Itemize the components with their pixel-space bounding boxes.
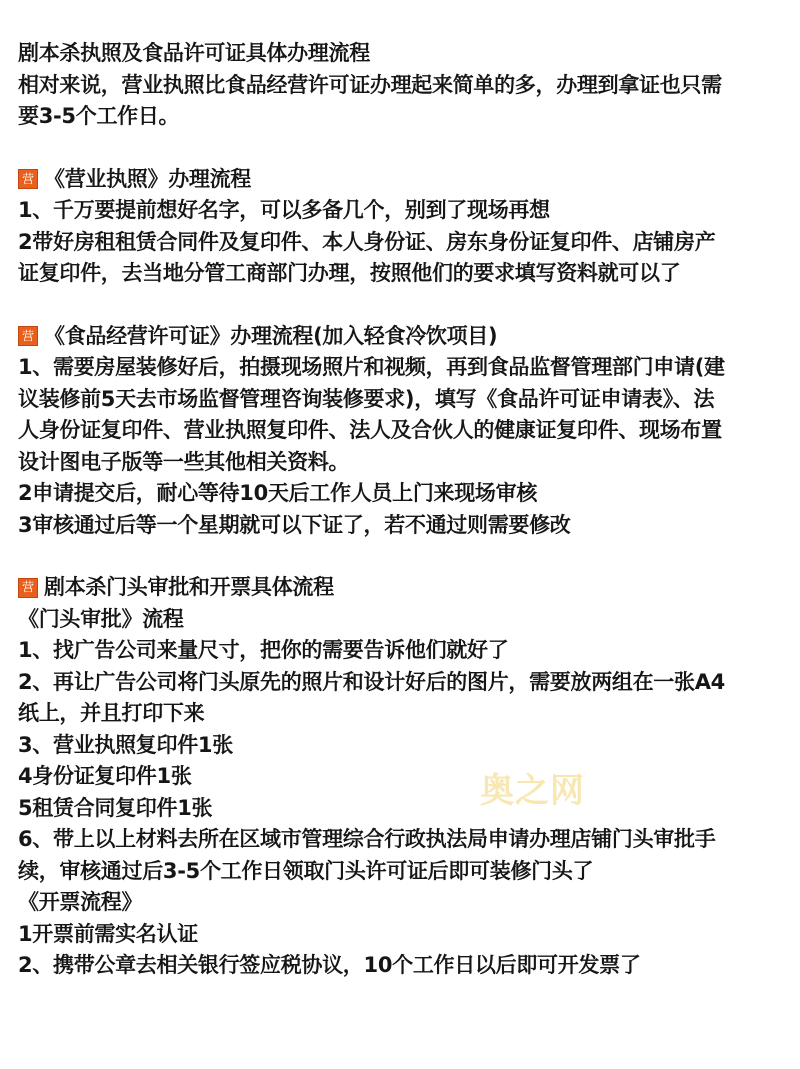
document-body: 剧本杀执照及食品许可证具体办理流程 相对来说，营业执照比食品经营许可证办理起来简… <box>18 38 788 982</box>
section-heading-text: 《营业执照》办理流程 <box>44 164 251 196</box>
section-line: 3、营业执照复印件1张 <box>18 730 788 762</box>
section-heading: 营 《营业执照》办理流程 <box>18 164 788 196</box>
section-line: 4身份证复印件1张 <box>18 761 788 793</box>
section-line: 1、千万要提前想好名字，可以多备几个，别到了现场再想 <box>18 195 788 227</box>
store-badge-icon: 营 <box>18 326 38 346</box>
section-heading: 营 《食品经营许可证》办理流程(加入轻食冷饮项目) <box>18 321 788 353</box>
section-line: 1开票前需实名认证 <box>18 919 788 951</box>
document-title: 剧本杀执照及食品许可证具体办理流程 <box>18 38 788 70</box>
intro-line: 要3-5个工作日。 <box>18 101 788 133</box>
section-line: 5租赁合同复印件1张 <box>18 793 788 825</box>
section-line: 2、再让广告公司将门头原先的照片和设计好后的图片，需要放两组在一张A4 <box>18 667 788 699</box>
watermark: 奥之网 <box>480 763 585 812</box>
spacer <box>18 541 788 572</box>
spacer <box>18 133 788 164</box>
section-line: 《门头审批》流程 <box>18 604 788 636</box>
section-heading-text: 剧本杀门头审批和开票具体流程 <box>44 572 334 604</box>
section-line: 人身份证复印件、营业执照复印件、法人及合伙人的健康证复印件、现场布置 <box>18 415 788 447</box>
section-line: 设计图电子版等一些其他相关资料。 <box>18 447 788 479</box>
section-heading-text: 《食品经营许可证》办理流程(加入轻食冷饮项目) <box>44 321 497 353</box>
section-line: 议装修前5天去市场监督管理咨询装修要求)，填写《食品许可证申请表》、法 <box>18 384 788 416</box>
intro-line: 相对来说，营业执照比食品经营许可证办理起来简单的多，办理到拿证也只需 <box>18 70 788 102</box>
store-badge-icon: 营 <box>18 578 38 598</box>
section-line: 3审核通过后等一个星期就可以下证了，若不通过则需要修改 <box>18 510 788 542</box>
section-line: 纸上，并且打印下来 <box>18 698 788 730</box>
section-line: 续，审核通过后3-5个工作日领取门头许可证后即可装修门头了 <box>18 856 788 888</box>
spacer <box>18 290 788 321</box>
section-line: 2申请提交后，耐心等待10天后工作人员上门来现场审核 <box>18 478 788 510</box>
section-line: 1、需要房屋装修好后，拍摄现场照片和视频，再到食品监督管理部门申请(建 <box>18 352 788 384</box>
section-business-license: 营 《营业执照》办理流程 1、千万要提前想好名字，可以多备几个，别到了现场再想 … <box>18 164 788 290</box>
section-line: 证复印件，去当地分管工商部门办理，按照他们的要求填写资料就可以了 <box>18 258 788 290</box>
store-badge-icon: 营 <box>18 169 38 189</box>
section-food-license: 营 《食品经营许可证》办理流程(加入轻食冷饮项目) 1、需要房屋装修好后，拍摄现… <box>18 321 788 542</box>
section-heading: 营 剧本杀门头审批和开票具体流程 <box>18 572 788 604</box>
section-line: 6、带上以上材料去所在区域市管理综合行政执法局申请办理店铺门头审批手 <box>18 824 788 856</box>
section-line: 2、携带公章去相关银行签应税协议，10个工作日以后即可开发票了 <box>18 950 788 982</box>
section-line: 1、找广告公司来量尺寸，把你的需要告诉他们就好了 <box>18 635 788 667</box>
section-storefront-invoice: 营 剧本杀门头审批和开票具体流程 《门头审批》流程 1、找广告公司来量尺寸，把你… <box>18 572 788 982</box>
section-line: 2带好房租租赁合同件及复印件、本人身份证、房东身份证复印件、店铺房产 <box>18 227 788 259</box>
section-line: 《开票流程》 <box>18 887 788 919</box>
